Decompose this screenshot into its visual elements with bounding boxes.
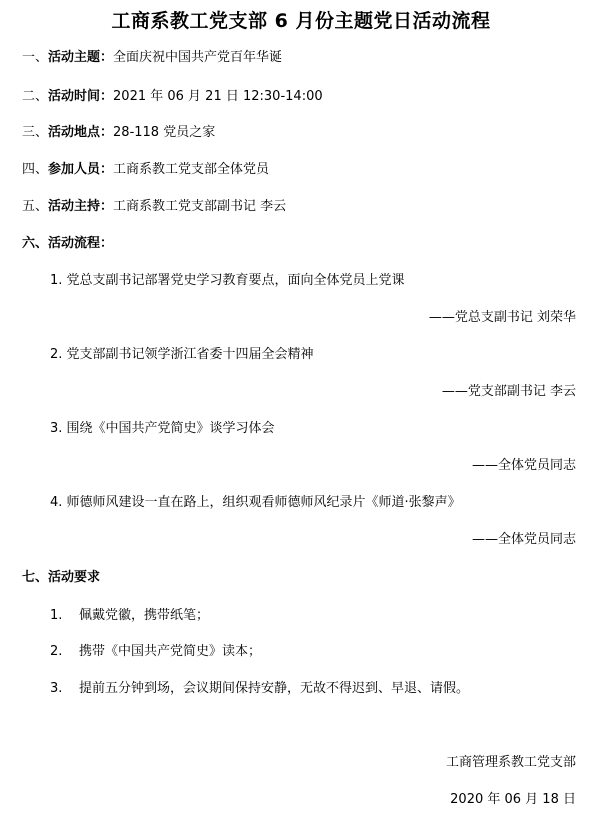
section-location: 三、活动地点：28-118 党员之家 [22, 124, 215, 142]
footer-organization: 工商管理系教工党支部 [446, 754, 576, 772]
footer-date: 2020 年 06 月 18 日 [450, 791, 576, 809]
section-label: 活动主题： [48, 50, 113, 65]
requirement-number: 3. [50, 680, 79, 698]
section-number: 七、 [22, 570, 48, 585]
process-item-4-speaker: ——全体党员同志 [472, 531, 576, 549]
requirement-text: 携带《中国共产党简史》读本； [79, 644, 261, 659]
section-label: 活动地点： [48, 125, 113, 140]
requirement-text: 提前五分钟到场，会议期间保持安静，无故不得迟到、早退、请假。 [79, 681, 469, 696]
section-label: 活动时间： [48, 89, 113, 104]
section-value: 工商系教工党支部副书记 李云 [113, 199, 286, 214]
section-requirements: 七、活动要求 [22, 569, 100, 587]
process-item-4: 4. 师德师风建设一直在路上，组织观看师德师风纪录片《师道·张黎声》 [50, 494, 461, 512]
section-value: 2021 年 06 月 21 日 12:30-14:00 [113, 89, 323, 104]
requirement-text: 佩戴党徽，携带纸笔； [79, 608, 209, 623]
section-number: 五、 [22, 199, 48, 214]
process-item-1-speaker: ——党总支副书记 刘荣华 [429, 309, 576, 327]
section-label: 活动主持： [48, 199, 113, 214]
section-value: 全面庆祝中国共产党百年华诞 [113, 50, 282, 65]
section-number: 一、 [22, 50, 48, 65]
requirement-number: 1. [50, 607, 79, 625]
process-item-2: 2. 党支部副书记领学浙江省委十四届全会精神 [50, 346, 314, 364]
section-process: 六、活动流程： [22, 235, 113, 253]
section-participants: 四、参加人员：工商系教工党支部全体党员 [22, 161, 269, 179]
section-number: 六、 [22, 236, 48, 251]
process-item-3: 3. 围绕《中国共产党简史》谈学习体会 [50, 420, 275, 438]
requirement-item-2: 2.携带《中国共产党简史》读本； [50, 643, 261, 661]
process-item-2-speaker: ——党支部副书记 李云 [442, 383, 576, 401]
requirement-item-1: 1.佩戴党徽，携带纸笔； [50, 607, 209, 625]
requirement-number: 2. [50, 643, 79, 661]
section-number: 二、 [22, 89, 48, 104]
document-title: 工商系教工党支部 6 月份主题党日活动流程 [0, 8, 602, 34]
requirement-item-3: 3.提前五分钟到场，会议期间保持安静，无故不得迟到、早退、请假。 [50, 680, 469, 698]
section-label: 活动要求 [48, 570, 100, 585]
section-label: 参加人员： [48, 162, 113, 177]
section-host: 五、活动主持：工商系教工党支部副书记 李云 [22, 198, 286, 216]
process-item-3-speaker: ——全体党员同志 [472, 457, 576, 475]
section-value: 工商系教工党支部全体党员 [113, 162, 269, 177]
section-label: 活动流程： [48, 236, 113, 251]
section-number: 三、 [22, 125, 48, 140]
section-time: 二、活动时间：2021 年 06 月 21 日 12:30-14:00 [22, 88, 323, 106]
process-item-1: 1. 党总支副书记部署党史学习教育要点，面向全体党员上党课 [50, 272, 405, 290]
section-theme: 一、活动主题：全面庆祝中国共产党百年华诞 [22, 49, 282, 67]
section-number: 四、 [22, 162, 48, 177]
section-value: 28-118 党员之家 [113, 125, 215, 140]
